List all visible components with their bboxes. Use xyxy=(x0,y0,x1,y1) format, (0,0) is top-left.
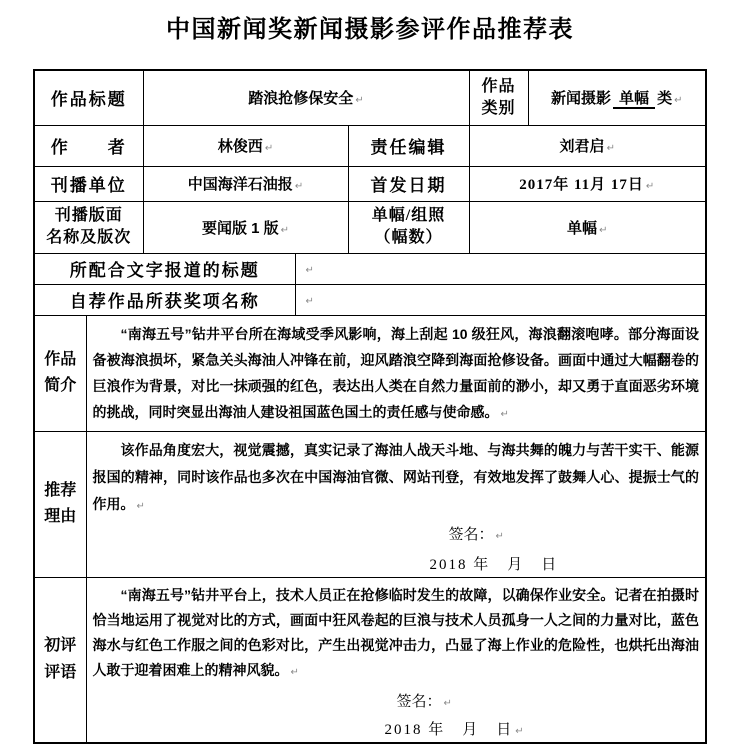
photo-count-value: 单幅 xyxy=(567,220,597,237)
work-title-label-text: 作品标题 xyxy=(51,90,127,109)
table-row: 刊播单位 中国海洋石油报↵ 首发日期 2017年 11月 17日↵ xyxy=(34,166,706,201)
recommendation-paragraph-text: 该作品角度宏大，视觉震撼，真实记录了海油人战天斗地、与海共舞的魄力与苦干实干、能… xyxy=(93,442,700,512)
paragraph-mark-icon: ↵ xyxy=(353,95,363,106)
self-award-cell: ↵ xyxy=(295,284,706,315)
recommendation-date-line: 2018 年 月 日 xyxy=(93,553,700,574)
author-label-text: 作 者 xyxy=(51,138,127,157)
date-text: 2018 年 月 日 xyxy=(430,557,559,573)
photo-count-cell: 单幅↵ xyxy=(469,201,706,253)
intro-label-line2: 简介 xyxy=(36,373,85,399)
publisher-label-text: 刊播单位 xyxy=(51,176,127,195)
review-section-label: 初评 评语 xyxy=(34,577,86,743)
signature-label: 签名： xyxy=(449,527,494,543)
text-report-label: 所配合文字报道的标题 xyxy=(34,253,295,284)
paragraph-mark-icon: ↵ xyxy=(304,265,314,276)
publish-date-label-text: 首发日期 xyxy=(371,176,447,195)
date-text: 2018 年 月 日 xyxy=(385,722,514,738)
page-title: 中国新闻奖新闻摄影参评作品推荐表 xyxy=(0,0,740,44)
table-row: 刊播版面 名称及版次 要闻版 1 版↵ 单幅/组照 （幅数） 单幅↵ xyxy=(34,201,706,253)
paragraph-mark-icon: ↵ xyxy=(263,143,273,154)
review-signature-line: 签名：↵ xyxy=(93,690,700,711)
publisher-cell: 中国海洋石油报↵ xyxy=(143,166,348,201)
paragraph-mark-icon: ↵ xyxy=(304,296,314,307)
editor-label-text: 责任编辑 xyxy=(371,138,447,157)
paragraph-mark-icon: ↵ xyxy=(293,181,303,192)
paragraph-mark-icon: ↵ xyxy=(513,726,525,737)
review-date-line: 2018 年 月 日↵ xyxy=(93,718,700,739)
paragraph-mark-icon: ↵ xyxy=(644,181,655,192)
table-row: 作 者 林俊西↵ 责任编辑 刘君启↵ xyxy=(34,125,706,166)
review-label-line1: 初评 xyxy=(36,633,85,659)
paragraph-mark-icon: ↵ xyxy=(442,698,452,709)
intro-paragraph-text: “南海五号”钻井平台所在海域受季风影响，海上刮起 10 级狂风，海浪翻滚咆哮。部… xyxy=(93,326,700,420)
publish-date-label: 首发日期 xyxy=(348,166,469,201)
self-award-label-text: 自荐作品所获奖项名称 xyxy=(70,292,260,311)
recommendation-label-line2: 理由 xyxy=(36,504,85,530)
table-row: 初评 评语 “南海五号”钻井平台上，技术人员正在抢修临时发生的故障，以确保作业安… xyxy=(34,577,706,743)
photo-count-label: 单幅/组照 （幅数） xyxy=(348,201,469,253)
paragraph-mark-icon: ↵ xyxy=(135,501,145,512)
review-section-cell: “南海五号”钻井平台上，技术人员正在抢修临时发生的故障，以确保作业安全。记者在拍… xyxy=(86,577,706,743)
page-name-label-line2: 名称及版次 xyxy=(39,227,139,249)
self-award-label: 自荐作品所获奖项名称 xyxy=(34,284,295,315)
work-title-value: 踏浪抢修保安全 xyxy=(248,90,353,107)
paragraph-mark-icon: ↵ xyxy=(494,531,504,542)
page-name-label: 刊播版面 名称及版次 xyxy=(34,201,143,253)
page-name-value: 要闻版 1 版 xyxy=(202,220,279,237)
page-name-cell: 要闻版 1 版↵ xyxy=(143,201,348,253)
table-row: 推荐 理由 该作品角度宏大，视觉震撼，真实记录了海油人战天斗地、与海共舞的魄力与… xyxy=(34,431,706,577)
signature-label: 签名： xyxy=(397,694,442,710)
review-paragraph: “南海五号”钻井平台上，技术人员正在抢修临时发生的故障，以确保作业安全。记者在拍… xyxy=(93,583,700,685)
category-suffix: 类 xyxy=(657,90,672,107)
intro-section-cell: “南海五号”钻井平台所在海域受季风影响，海上刮起 10 级狂风，海浪翻滚咆哮。部… xyxy=(86,315,706,431)
document-page: 中国新闻奖新闻摄影参评作品推荐表 作品标题 踏浪抢修保安全↵ 作品 类别 新闻摄… xyxy=(0,0,740,744)
recommendation-section-cell: 该作品角度宏大，视觉震撼，真实记录了海油人战天斗地、与海共舞的魄力与苦干实干、能… xyxy=(86,431,706,577)
editor-label: 责任编辑 xyxy=(348,125,469,166)
photo-count-label-line2: （幅数） xyxy=(353,227,465,249)
photo-count-label-line1: 单幅/组照 xyxy=(353,205,465,227)
intro-section-label: 作品 简介 xyxy=(34,315,86,431)
paragraph-mark-icon: ↵ xyxy=(605,143,615,154)
category-label: 作品 类别 xyxy=(469,70,528,125)
publish-date-value: 2017年 11月 17日 xyxy=(519,177,644,193)
category-prefix: 新闻摄影 xyxy=(551,90,611,107)
category-label-line1: 作品 xyxy=(474,76,524,98)
paragraph-mark-icon: ↵ xyxy=(289,667,299,678)
recommendation-paragraph: 该作品角度宏大，视觉震撼，真实记录了海油人战天斗地、与海共舞的魄力与苦干实干、能… xyxy=(93,437,700,520)
recommendation-label-line1: 推荐 xyxy=(36,478,85,504)
editor-cell: 刘君启↵ xyxy=(469,125,706,166)
author-label: 作 者 xyxy=(34,125,143,166)
paragraph-mark-icon: ↵ xyxy=(279,225,289,236)
category-label-line2: 类别 xyxy=(474,98,524,120)
category-underlined: 单幅 xyxy=(613,90,655,109)
category-cell: 新闻摄影单幅类↵ xyxy=(528,70,706,125)
publisher-value: 中国海洋石油报 xyxy=(188,176,293,193)
publisher-label: 刊播单位 xyxy=(34,166,143,201)
paragraph-mark-icon: ↵ xyxy=(499,409,509,420)
text-report-label-text: 所配合文字报道的标题 xyxy=(70,261,260,280)
paragraph-mark-icon: ↵ xyxy=(597,225,607,236)
intro-label-line1: 作品 xyxy=(36,347,85,373)
paragraph-mark-icon: ↵ xyxy=(672,95,682,106)
editor-value: 刘君启 xyxy=(560,138,605,155)
publish-date-cell: 2017年 11月 17日↵ xyxy=(469,166,706,201)
page-name-label-line1: 刊播版面 xyxy=(39,205,139,227)
author-value: 林俊西 xyxy=(218,138,263,155)
work-title-cell: 踏浪抢修保安全↵ xyxy=(143,70,469,125)
review-paragraph-text: “南海五号”钻井平台上，技术人员正在抢修临时发生的故障，以确保作业安全。记者在拍… xyxy=(93,587,700,678)
author-cell: 林俊西↵ xyxy=(143,125,348,166)
recommendation-signature-line: 签名：↵ xyxy=(93,523,700,544)
intro-paragraph: “南海五号”钻井平台所在海域受季风影响，海上刮起 10 级狂风，海浪翻滚咆哮。部… xyxy=(93,321,700,428)
table-row: 自荐作品所获奖项名称 ↵ xyxy=(34,284,706,315)
recommendation-section-label: 推荐 理由 xyxy=(34,431,86,577)
work-title-label: 作品标题 xyxy=(34,70,143,125)
review-label-line2: 评语 xyxy=(36,660,85,686)
recommendation-form-table: 作品标题 踏浪抢修保安全↵ 作品 类别 新闻摄影单幅类↵ 作 者 林俊西↵ 责任… xyxy=(33,69,707,744)
text-report-cell: ↵ xyxy=(295,253,706,284)
table-row: 所配合文字报道的标题 ↵ xyxy=(34,253,706,284)
table-row: 作品标题 踏浪抢修保安全↵ 作品 类别 新闻摄影单幅类↵ xyxy=(34,70,706,125)
table-row: 作品 简介 “南海五号”钻井平台所在海域受季风影响，海上刮起 10 级狂风，海浪… xyxy=(34,315,706,431)
